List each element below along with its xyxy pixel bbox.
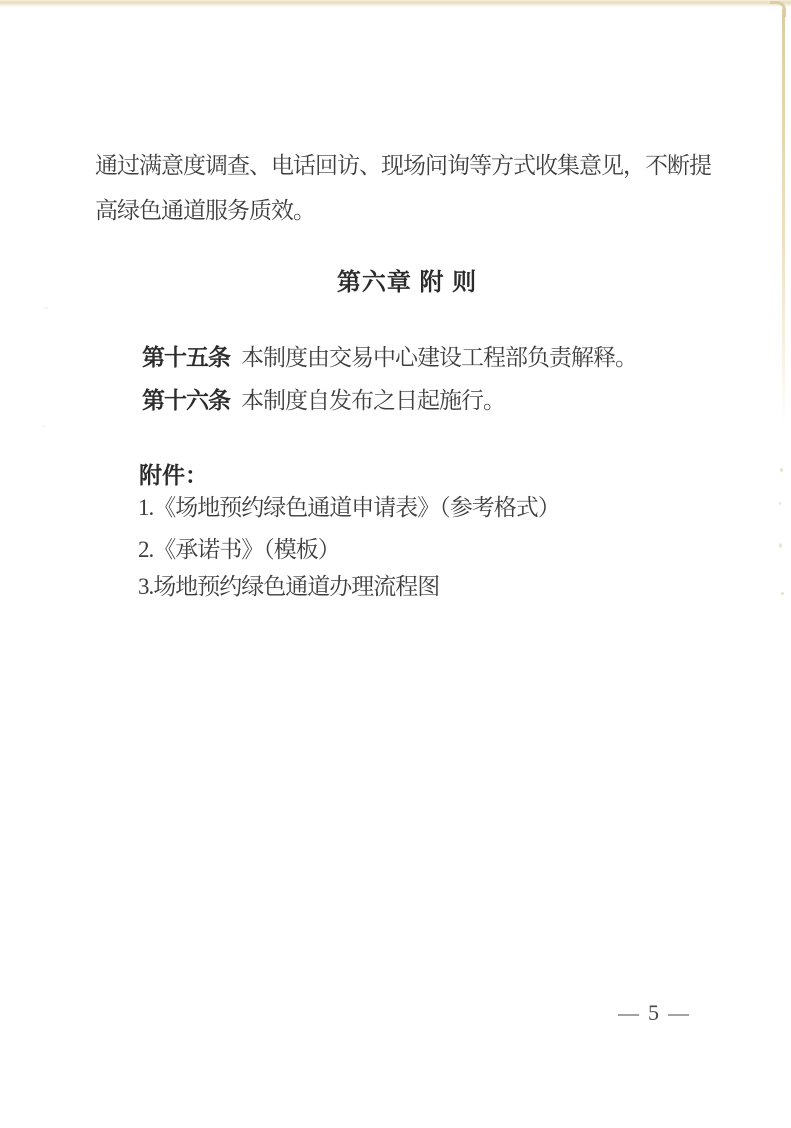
article-fifteen: 第十五条本制度由交易中心建设工程部负责解释。	[142, 342, 637, 373]
page-number-dash-left: —	[618, 1001, 639, 1026]
attachment-item-1: 1.《场地预约绿色通道申请表》（参考格式）	[138, 493, 560, 523]
scanned-document-page: 通过满意度调查、电话回访、现场问询等方式收集意见，不断提高绿色通道服务质效。 第…	[0, 0, 791, 1128]
page-number: — 5 —	[618, 1000, 689, 1026]
attachments-label: 附件：	[139, 460, 208, 490]
article-fifteen-text: 本制度由交易中心建设工程部负责解释。	[241, 345, 637, 370]
scan-artifact	[42, 425, 45, 427]
page-number-dash-right: —	[668, 1001, 689, 1026]
body-paragraph: 通过满意度调查、电话回访、现场问询等方式收集意见，不断提高绿色通道服务质效。	[95, 143, 719, 233]
scan-artifact	[779, 543, 782, 548]
attachment-item-3: 3.场地预约绿色通道办理流程图	[138, 572, 439, 602]
scan-artifact	[779, 502, 781, 505]
scan-artifact	[781, 592, 784, 595]
scan-edge-right	[782, 8, 785, 438]
scan-artifact	[44, 307, 48, 309]
article-sixteen: 第十六条本制度自发布之日起施行。	[142, 385, 505, 416]
article-sixteen-label: 第十六条	[142, 387, 230, 413]
article-fifteen-label: 第十五条	[142, 344, 230, 370]
scan-artifact	[780, 468, 783, 472]
page-number-value: 5	[648, 1000, 659, 1026]
scan-edge-top	[0, 0, 791, 7]
attachment-item-2: 2.《承诺书》（模板）	[138, 535, 340, 565]
chapter-heading: 第六章 附 则	[95, 268, 719, 298]
article-sixteen-text: 本制度自发布之日起施行。	[241, 388, 505, 413]
